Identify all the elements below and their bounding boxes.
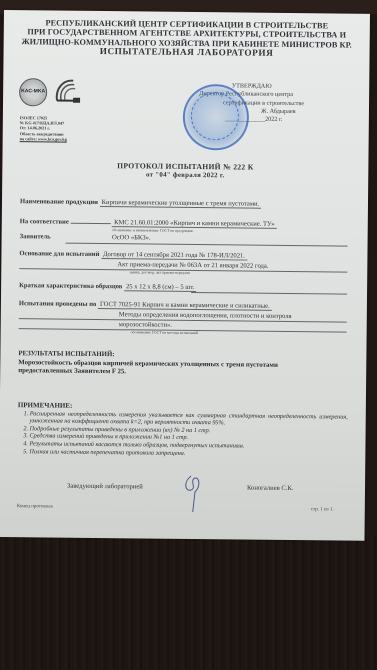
samples-label: Краткая характеристика образцов bbox=[19, 282, 122, 290]
field-tests: Испытания проведены по ГОСТ 7025-91 Кирп… bbox=[19, 300, 272, 310]
round-stamp-icon bbox=[183, 84, 250, 151]
field-conformity: На соответствие КМС 21.60.01:2000 «Кирпи… bbox=[20, 218, 277, 228]
field-applicant: Заявитель ОсОО «БКЗ». bbox=[20, 233, 151, 241]
applicant-value: ОсОО «БКЗ». bbox=[112, 234, 151, 241]
footer-end: Конец протокола bbox=[17, 504, 53, 509]
tests-value-1: ГОСТ 7025-91 Кирпич и камни керамические… bbox=[98, 301, 272, 311]
field-basis: Основание для испытаний Договор от 14 се… bbox=[19, 250, 247, 259]
accr-website-link: на сайте: www.kca.gov.kg bbox=[20, 136, 67, 142]
samples-value: 25 х 12 х 8,8 (см) – 5 шт. bbox=[124, 283, 197, 292]
tests-hint: обозначение ГОСТ на методы испытаний bbox=[131, 330, 198, 335]
kca-logo-icon: KAC-MKA bbox=[19, 78, 47, 106]
accreditation-info: ISO/IEC 17025 № KG 417/КЦА.ИЛ.047 От: 14… bbox=[20, 115, 67, 142]
document-page: РЕСПУБЛИКАНСКИЙ ЦЕНТР СЕРТИФИКАЦИИ В СТР… bbox=[0, 10, 370, 541]
conformity-label: На соответствие bbox=[20, 218, 69, 226]
tests-value-3: морозостойкости». bbox=[119, 321, 172, 329]
organization-header: РЕСПУБЛИКАНСКИЙ ЦЕНТР СЕРТИФИКАЦИИ В СТР… bbox=[4, 18, 370, 59]
basis-label: Основание для испытаний bbox=[19, 250, 99, 258]
signature-name: Коногалиев С.К. bbox=[247, 485, 294, 492]
tests-label: Испытания проведены по bbox=[19, 300, 96, 308]
logo-text: KAC-MKA bbox=[20, 88, 46, 94]
signature-role: Заведующий лабораторией bbox=[67, 483, 143, 491]
product-value: Кирпичи керамические утолщенные с тремя … bbox=[100, 199, 262, 209]
handwritten-signature-icon bbox=[181, 474, 205, 514]
basis-hint: заявка, договор, акт приема-передачи bbox=[129, 270, 190, 275]
conformity-hint: обозначение и наименование ГОСТ на проду… bbox=[112, 228, 194, 233]
wooden-table-surface bbox=[0, 536, 377, 670]
applicant-underline bbox=[66, 243, 348, 247]
accreditation-swirl-logo-icon bbox=[53, 77, 81, 107]
basis-value-1: Договор от 14 сентября 2021 года № 178-И… bbox=[101, 251, 247, 261]
notes-section: ПРИМЕЧАНИЕ: Расширенная неопределенность… bbox=[17, 402, 348, 459]
notes-list: Расширенная неопределенность измерения у… bbox=[17, 410, 347, 459]
product-label: Наименование продукции bbox=[20, 198, 98, 206]
applicant-label: Заявитель bbox=[20, 233, 51, 240]
results-section: РЕЗУЛЬТАТЫ ИСПЫТАНИЙ: Морозостойкость об… bbox=[18, 350, 278, 378]
footer-page-number: стр. 1 из 1. bbox=[311, 507, 334, 512]
field-samples: Краткая характеристика образцов 25 х 12 … bbox=[19, 282, 196, 291]
field-product: Наименование продукции Кирпичи керамичес… bbox=[20, 198, 261, 208]
samples-underline bbox=[191, 292, 347, 295]
